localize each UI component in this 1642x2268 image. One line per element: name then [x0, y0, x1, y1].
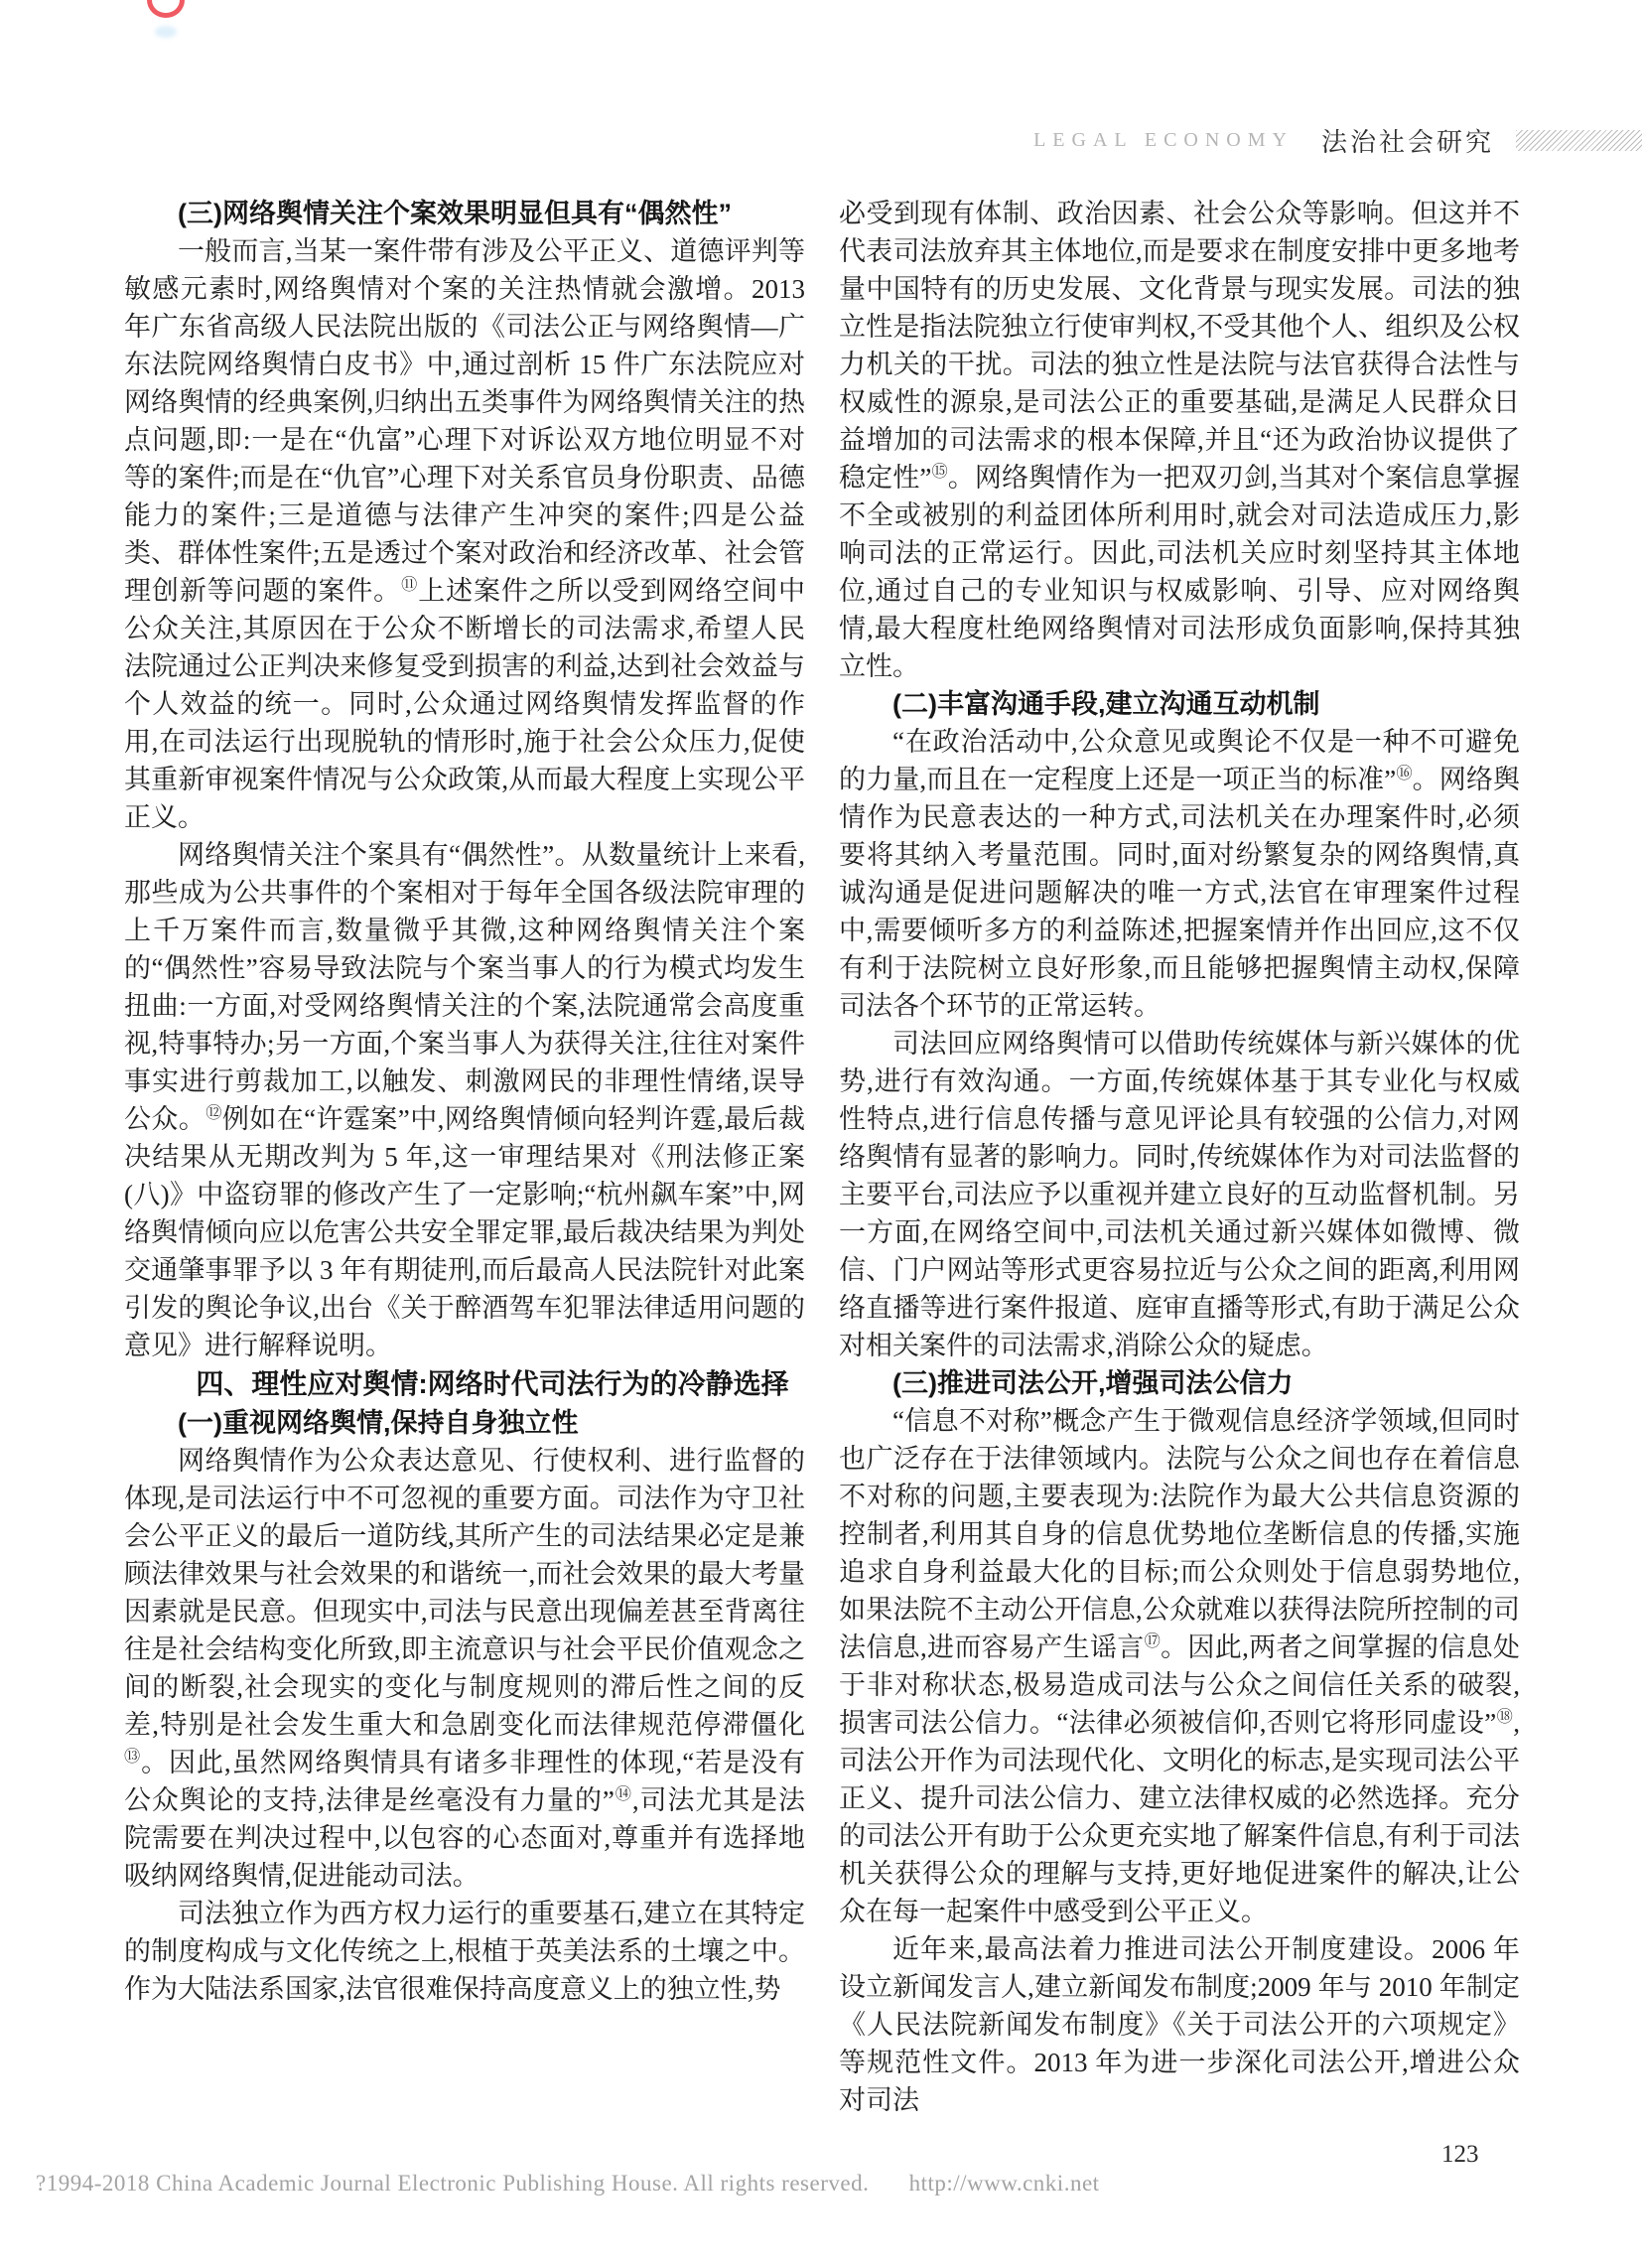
- journal-title-english: LEGAL ECONOMY: [1033, 129, 1294, 152]
- scan-smudge: [155, 26, 177, 38]
- copyright-text: ?1994-2018 China Academic Journal Electr…: [36, 2171, 869, 2196]
- header-hatch-decoration: [1516, 130, 1642, 151]
- paragraph: “信息不对称”概念产生于微观信息经济学领域,但同时也广泛存在于法律领域内。法院与…: [839, 1402, 1520, 1930]
- paragraph: 网络舆情关注个案具有“偶然性”。从数量统计上来看,那些成为公共事件的个案相对于每…: [124, 836, 805, 1364]
- red-pen-mark: [147, 0, 185, 18]
- right-column: 必受到现有体制、政治因素、社会公众等影响。但这并不代表司法放弃其主体地位,而是要…: [839, 195, 1520, 2119]
- heading-section-4-3: (三)推进司法公开,增强司法公信力: [839, 1364, 1520, 1402]
- page-header: LEGAL ECONOMY 法治社会研究: [0, 125, 1642, 155]
- copyright-line: ?1994-2018 China Academic Journal Electr…: [36, 2171, 1100, 2197]
- page-number: 123: [1441, 2141, 1479, 2169]
- paragraph: 网络舆情作为公众表达意见、行使权利、进行监督的体现,是司法运行中不可忽视的重要方…: [124, 1442, 805, 1895]
- paragraph: “在政治活动中,公众意见或舆论不仅是一种不可避免的力量,而且在一定程度上还是一项…: [839, 723, 1520, 1025]
- scanned-journal-page: LEGAL ECONOMY 法治社会研究 (三)网络舆情关注个案效果明显但具有“…: [0, 0, 1642, 2268]
- heading-section-4-1: (一)重视网络舆情,保持自身独立性: [124, 1404, 805, 1442]
- paragraph-continuation: 必受到现有体制、政治因素、社会公众等影响。但这并不代表司法放弃其主体地位,而是要…: [839, 195, 1520, 685]
- paragraph: 司法独立作为西方权力运行的重要基石,建立在其特定的制度构成与文化传统之上,根植于…: [124, 1895, 805, 2008]
- paragraph: 近年来,最高法着力推进司法公开制度建设。2006 年设立新闻发言人,建立新闻发布…: [839, 1930, 1520, 2119]
- heading-section-4: 四、理性应对舆情:网络时代司法行为的冷静选择: [124, 1364, 805, 1404]
- paragraph: 司法回应网络舆情可以借助传统媒体与新兴媒体的优势,进行有效沟通。一方面,传统媒体…: [839, 1025, 1520, 1364]
- cnki-url: http://www.cnki.net: [909, 2171, 1100, 2196]
- paragraph: 一般而言,当某一案件带有涉及公平正义、道德评判等敏感元素时,网络舆情对个案的关注…: [124, 232, 805, 836]
- heading-section-3: (三)网络舆情关注个案效果明显但具有“偶然性”: [124, 195, 805, 232]
- left-column: (三)网络舆情关注个案效果明显但具有“偶然性” 一般而言,当某一案件带有涉及公平…: [124, 195, 805, 2008]
- heading-section-4-2: (二)丰富沟通手段,建立沟通互动机制: [839, 685, 1520, 723]
- section-title-chinese: 法治社会研究: [1321, 122, 1494, 159]
